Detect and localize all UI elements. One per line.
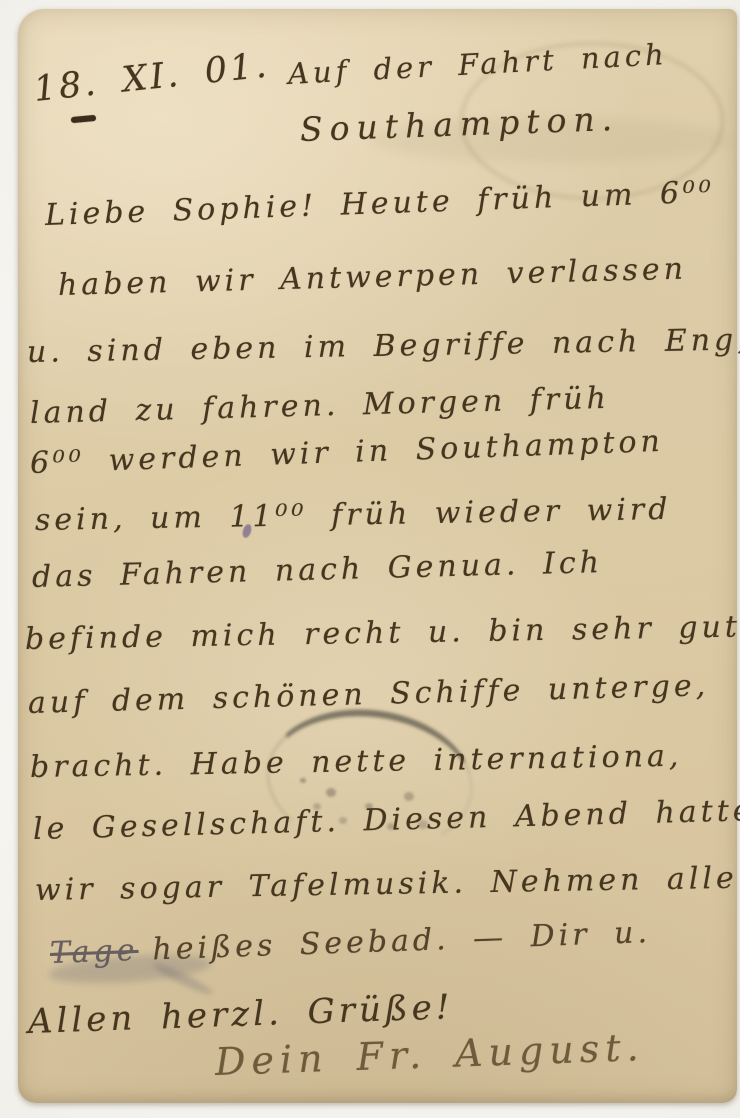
struck-word: Tage xyxy=(49,933,139,971)
postcard-scan: 18. XI. 01. Auf der Fahrt nach Southampt… xyxy=(0,0,740,1118)
